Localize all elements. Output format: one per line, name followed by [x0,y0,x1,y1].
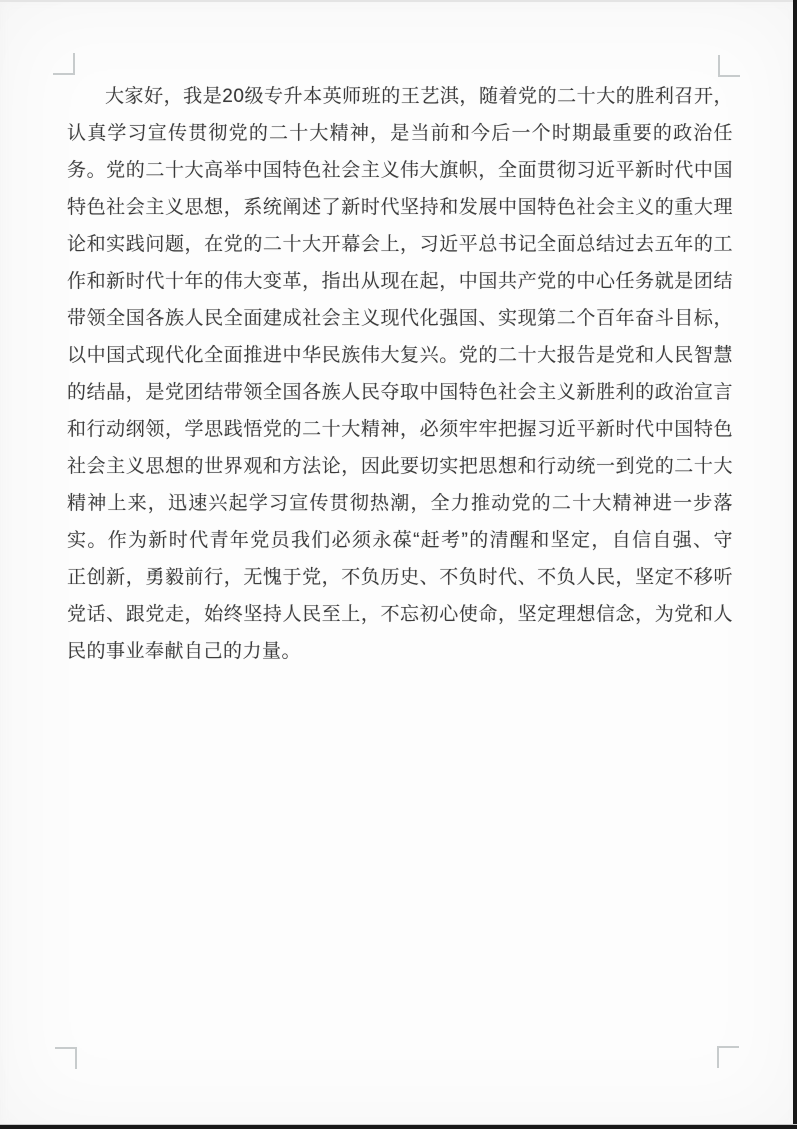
margin-crop-mark-top-left [53,53,75,75]
paragraph-line: 带领全国各族人民全面建成社会主义现代化强国、实现第二个百年奋斗目标， [67,300,733,337]
paragraph-line: 特色社会主义思想，系统阐述了新时代坚持和发展中国特色社会主义的重大理 [67,189,733,226]
photo-edge-bottom [0,1124,797,1129]
paragraph-line: 实。作为新时代青年党员我们必须永葆“赶考”的清醒和坚定，自信自强、守 [67,522,733,559]
document-page: 大家好，我是20级专升本英师班的王艺淇，随着党的二十大的胜利召开， 认真学习宣传… [0,0,797,1129]
paragraph-line: 和行动纲领，学思践悟党的二十大精神，必须牢牢把握习近平新时代中国特色 [67,411,733,448]
paragraph-line: 认真学习宣传贯彻党的二十大精神，是当前和今后一个时期最重要的政治任 [67,115,733,152]
paragraph-line: 以中国式现代化全面推进中华民族伟大复兴。党的二十大报告是党和人民智慧 [67,337,733,374]
paragraph-line: 作和新时代十年的伟大变革，指出从现在起，中国共产党的中心任务就是团结 [67,263,733,300]
margin-crop-mark-bottom-left [55,1047,77,1069]
paragraph-line: 大家好，我是20级专升本英师班的王艺淇，随着党的二十大的胜利召开， [67,78,733,115]
photo-edge-top [0,0,797,2]
paragraph: 大家好，我是20级专升本英师班的王艺淇，随着党的二十大的胜利召开， 认真学习宣传… [67,78,733,670]
paragraph-line: 正创新，勇毅前行，无愧于党，不负历史、不负时代、不负人民，坚定不移听 [67,559,733,596]
margin-crop-mark-bottom-right [717,1046,739,1068]
paragraph-line: 党话、跟党走，始终坚持人民至上，不忘初心使命，坚定理想信念，为党和人 [67,596,733,633]
paragraph-line: 社会主义思想的世界观和方法论，因此要切实把思想和行动统一到党的二十大 [67,448,733,485]
paragraph-line: 民的事业奉献自己的力量。 [67,633,733,670]
margin-crop-mark-top-right [718,55,740,77]
photo-edge-right [793,0,797,1129]
paragraph-line: 论和实践问题，在党的二十大开幕会上，习近平总书记全面总结过去五年的工 [67,226,733,263]
paragraph-line: 精神上来，迅速兴起学习宣传贯彻热潮，全力推动党的二十大精神进一步落 [67,485,733,522]
paragraph-line: 的结晶，是党团结带领全国各族人民夺取中国特色社会主义新胜利的政治宣言 [67,374,733,411]
paragraph-line: 务。党的二十大高举中国特色社会主义伟大旗帜，全面贯彻习近平新时代中国 [67,152,733,189]
